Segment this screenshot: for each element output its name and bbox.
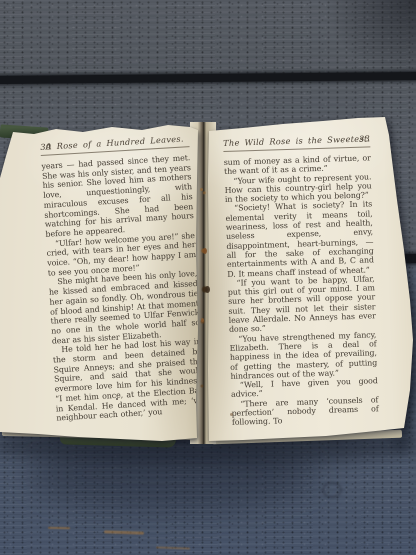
left-page-body: years — had passed since they met. She w…	[41, 153, 205, 423]
right-running-title: The Wild Rose is the Sweetest.	[223, 133, 370, 148]
wood-knot	[322, 482, 342, 498]
left-page-paper: 30 A Rose of a Hundred Leaves. years — h…	[0, 120, 202, 450]
right-paragraph: “If you want to be happy, Ulfar, put thi…	[227, 274, 376, 334]
right-page-number: 33	[359, 133, 370, 143]
right-paragraph: “Society! What is society? In its elemen…	[225, 200, 374, 279]
right-paragraph: “You have strengthened my fancy, Elizabe…	[229, 330, 377, 381]
left-paragraph: She might have been his only love, he ki…	[48, 269, 201, 346]
wood-scratch	[48, 527, 70, 529]
left-page-number: 30	[40, 141, 52, 152]
left-paragraph: years — had passed since they met. She w…	[41, 153, 194, 239]
foxing-spot	[203, 248, 207, 254]
left-page: 30 A Rose of a Hundred Leaves. years — h…	[0, 120, 202, 450]
ink-spot	[116, 398, 118, 400]
foxing-spot	[230, 413, 233, 416]
left-paragraph: He told her he had lost his way in the s…	[52, 337, 205, 423]
right-page-body: sum of money as a kind of virtue, or the…	[224, 153, 379, 427]
foxing-spot	[200, 188, 203, 191]
wood-dark-corner	[326, 0, 416, 80]
foxing-spot	[201, 318, 204, 322]
left-running-title: A Rose of a Hundred Leaves.	[45, 133, 184, 151]
foxing-spot	[205, 286, 210, 293]
right-paragraph: “There are many ‘counsels of perfection’…	[231, 395, 379, 427]
right-running-head: The Wild Rose is the Sweetest. 33	[223, 133, 370, 148]
photo-open-book-on-wood: 30 A Rose of a Hundred Leaves. years — h…	[0, 0, 416, 555]
left-running-head: 30 A Rose of a Hundred Leaves.	[40, 133, 189, 152]
right-page-paper: The Wild Rose is the Sweetest. 33 sum of…	[198, 110, 416, 450]
right-page: The Wild Rose is the Sweetest. 33 sum of…	[198, 110, 416, 450]
